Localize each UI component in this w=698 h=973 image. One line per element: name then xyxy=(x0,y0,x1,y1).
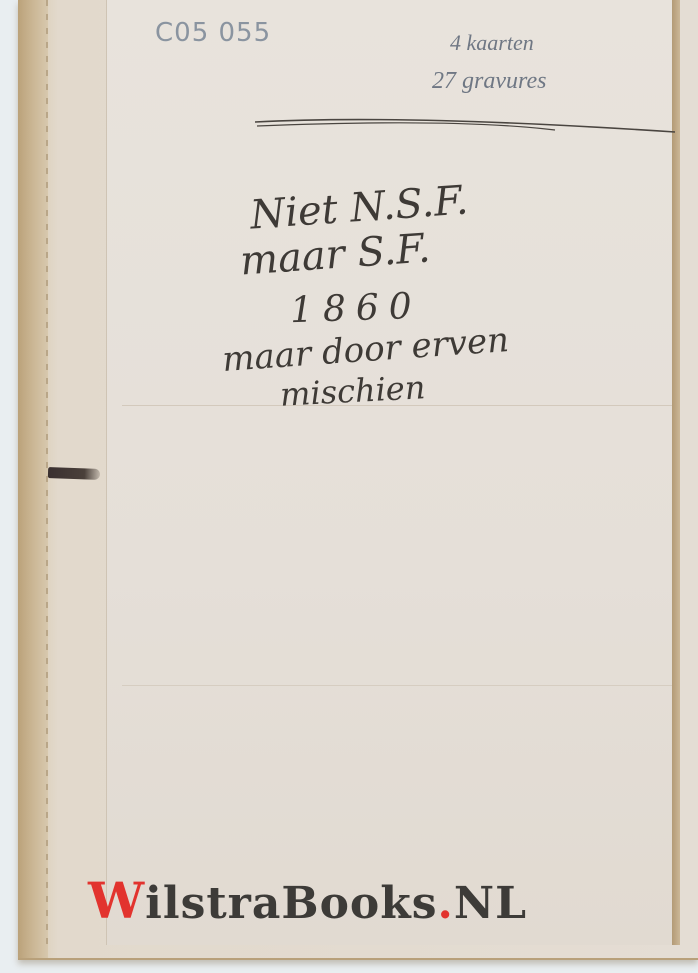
inscription-line-3-year: 1860 xyxy=(289,286,422,332)
watermark-tld: NL xyxy=(454,878,527,929)
endpaper-page xyxy=(106,0,673,945)
maps-count-note: 4 kaarten xyxy=(450,30,534,56)
pen-flourish xyxy=(255,118,675,134)
watermark-name: ilstraBooks xyxy=(145,878,437,929)
watermark-dot: . xyxy=(438,878,454,929)
page-right-edge xyxy=(672,0,680,945)
ink-smudge xyxy=(48,467,100,480)
watermark-w: W xyxy=(88,871,145,930)
catalog-number: C05 055 xyxy=(155,18,271,48)
page-crease xyxy=(122,685,672,686)
wilstrabooks-watermark: WilstraBooks.NL xyxy=(88,876,527,926)
spine-edge xyxy=(18,0,48,958)
inscription-line-5: mischien xyxy=(279,368,426,414)
engravings-count-note: 27 gravures xyxy=(432,68,546,95)
